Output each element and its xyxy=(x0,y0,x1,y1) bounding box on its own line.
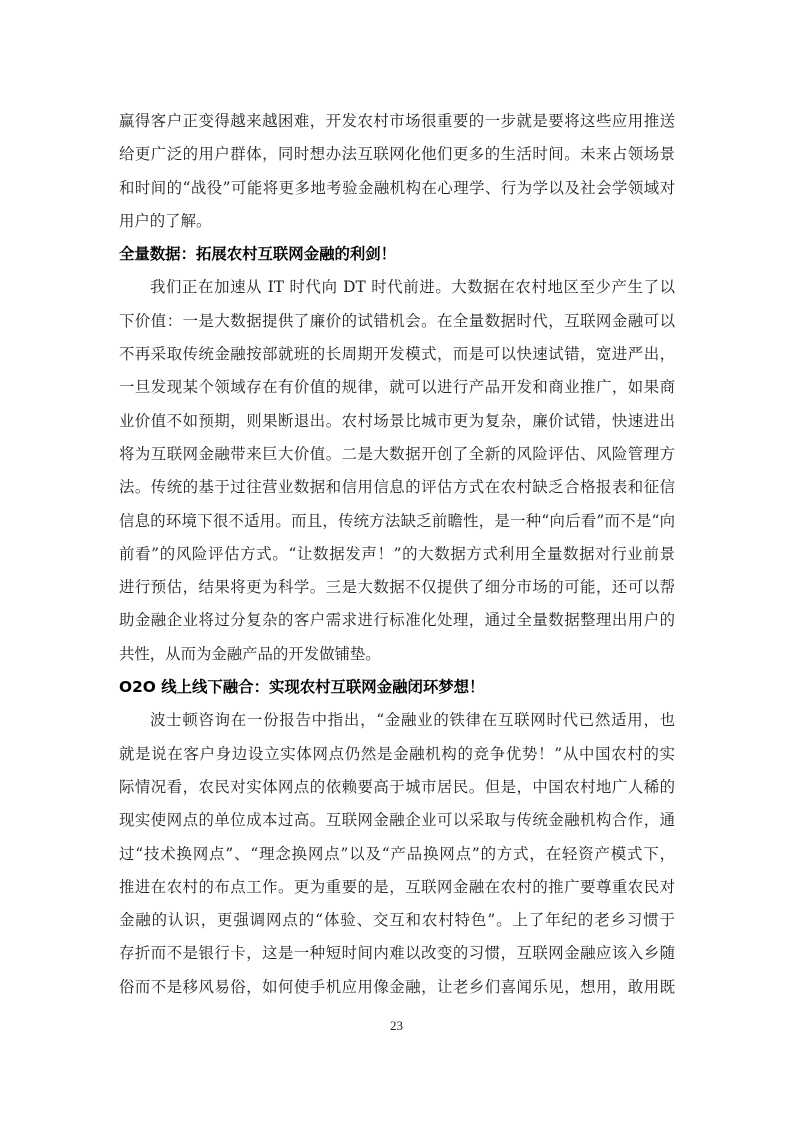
section-heading-o2o: O2O 线上线下融合：实现农村互联网金融闭环梦想！ xyxy=(119,671,675,704)
text-line: 给更广泛的用户群体，同时想办法互联网化他们更多的生活时间。未来占领场景 xyxy=(119,138,675,171)
paragraph-3: 波士顿咨询在一份报告中指出，“金融业的铁律在互联网时代已然适用，也 就是说在客户… xyxy=(119,704,675,1004)
paragraph-1: 赢得客户正变得越来越困难，开发农村市场很重要的一步就是要将这些应用推送 给更广泛… xyxy=(119,105,675,238)
text-line: 将为互联网金融带来巨大价值。二是大数据开创了全新的风险评估、风险管理方 xyxy=(119,438,675,471)
text-line: 进行预估，结果将更为科学。三是大数据不仅提供了细分市场的可能，还可以帮 xyxy=(119,571,675,604)
text-line: 信息的环境下很不适用。而且，传统方法缺乏前瞻性，是一种“向后看”而不是“向 xyxy=(119,505,675,538)
text-line: 际情况看，农民对实体网点的依赖要高于城市居民。但是，中国农村地广人稀的 xyxy=(119,771,675,804)
paragraph-2: 我们正在加速从 IT 时代向 DT 时代前进。大数据在农村地区至少产生了以 下价… xyxy=(119,271,675,671)
text-line: 用户的了解。 xyxy=(119,205,675,238)
text-line: 业价值不如预期，则果断退出。农村场景比城市更为复杂，廉价试错，快速进出 xyxy=(119,405,675,438)
text-line: 和时间的“战役”可能将更多地考验金融机构在心理学、行为学以及社会学领域对 xyxy=(119,172,675,205)
text-line: 金融的认识，更强调网点的“体验、交互和农村特色”。上了年纪的老乡习惯于 xyxy=(119,904,675,937)
document-page: 赢得客户正变得越来越困难，开发农村市场很重要的一步就是要将这些应用推送 给更广泛… xyxy=(0,0,793,1122)
text-line: 推进在农村的布点工作。更为重要的是，互联网金融在农村的推广要尊重农民对 xyxy=(119,871,675,904)
text-line: 下价值：一是大数据提供了廉价的试错机会。在全量数据时代，互联网金融可以 xyxy=(119,305,675,338)
text-line: 过“技术换网点”、“理念换网点”以及“产品换网点”的方式，在轻资产模式下， xyxy=(119,838,675,871)
text-line: 就是说在客户身边设立实体网点仍然是金融机构的竞争优势！”从中国农村的实 xyxy=(119,738,675,771)
text-line: 助金融企业将过分复杂的客户需求进行标准化处理，通过全量数据整理出用户的 xyxy=(119,604,675,637)
document-body: 赢得客户正变得越来越困难，开发农村市场很重要的一步就是要将这些应用推送 给更广泛… xyxy=(119,105,675,1004)
text-line: 波士顿咨询在一份报告中指出，“金融业的铁律在互联网时代已然适用，也 xyxy=(119,704,675,737)
text-line: 共性，从而为金融产品的开发做铺垫。 xyxy=(119,638,675,671)
text-line: 法。传统的基于过往营业数据和信用信息的评估方式在农村缺乏合格报表和征信 xyxy=(119,471,675,504)
text-line: 赢得客户正变得越来越困难，开发农村市场很重要的一步就是要将这些应用推送 xyxy=(119,105,675,138)
text-line: 现实使网点的单位成本过高。互联网金融企业可以采取与传统金融机构合作，通 xyxy=(119,804,675,837)
section-heading-full-data: 全量数据：拓展农村互联网金融的利剑！ xyxy=(119,238,675,271)
text-line: 俗而不是移风易俗，如何使手机应用像金融，让老乡们喜闻乐见，想用，敢用既 xyxy=(119,971,675,1004)
text-line: 不再采取传统金融按部就班的长周期开发模式，而是可以快速试错，宽进严出， xyxy=(119,338,675,371)
text-line: 我们正在加速从 IT 时代向 DT 时代前进。大数据在农村地区至少产生了以 xyxy=(119,271,675,304)
text-line: 一旦发现某个领域存在有价值的规律，就可以进行产品开发和商业推广，如果商 xyxy=(119,371,675,404)
text-line: 前看”的风险评估方式。“让数据发声！”的大数据方式利用全量数据对行业前景 xyxy=(119,538,675,571)
text-line: 存折而不是银行卡，这是一种短时间内难以改变的习惯，互联网金融应该入乡随 xyxy=(119,937,675,970)
page-number: 23 xyxy=(0,1018,793,1034)
